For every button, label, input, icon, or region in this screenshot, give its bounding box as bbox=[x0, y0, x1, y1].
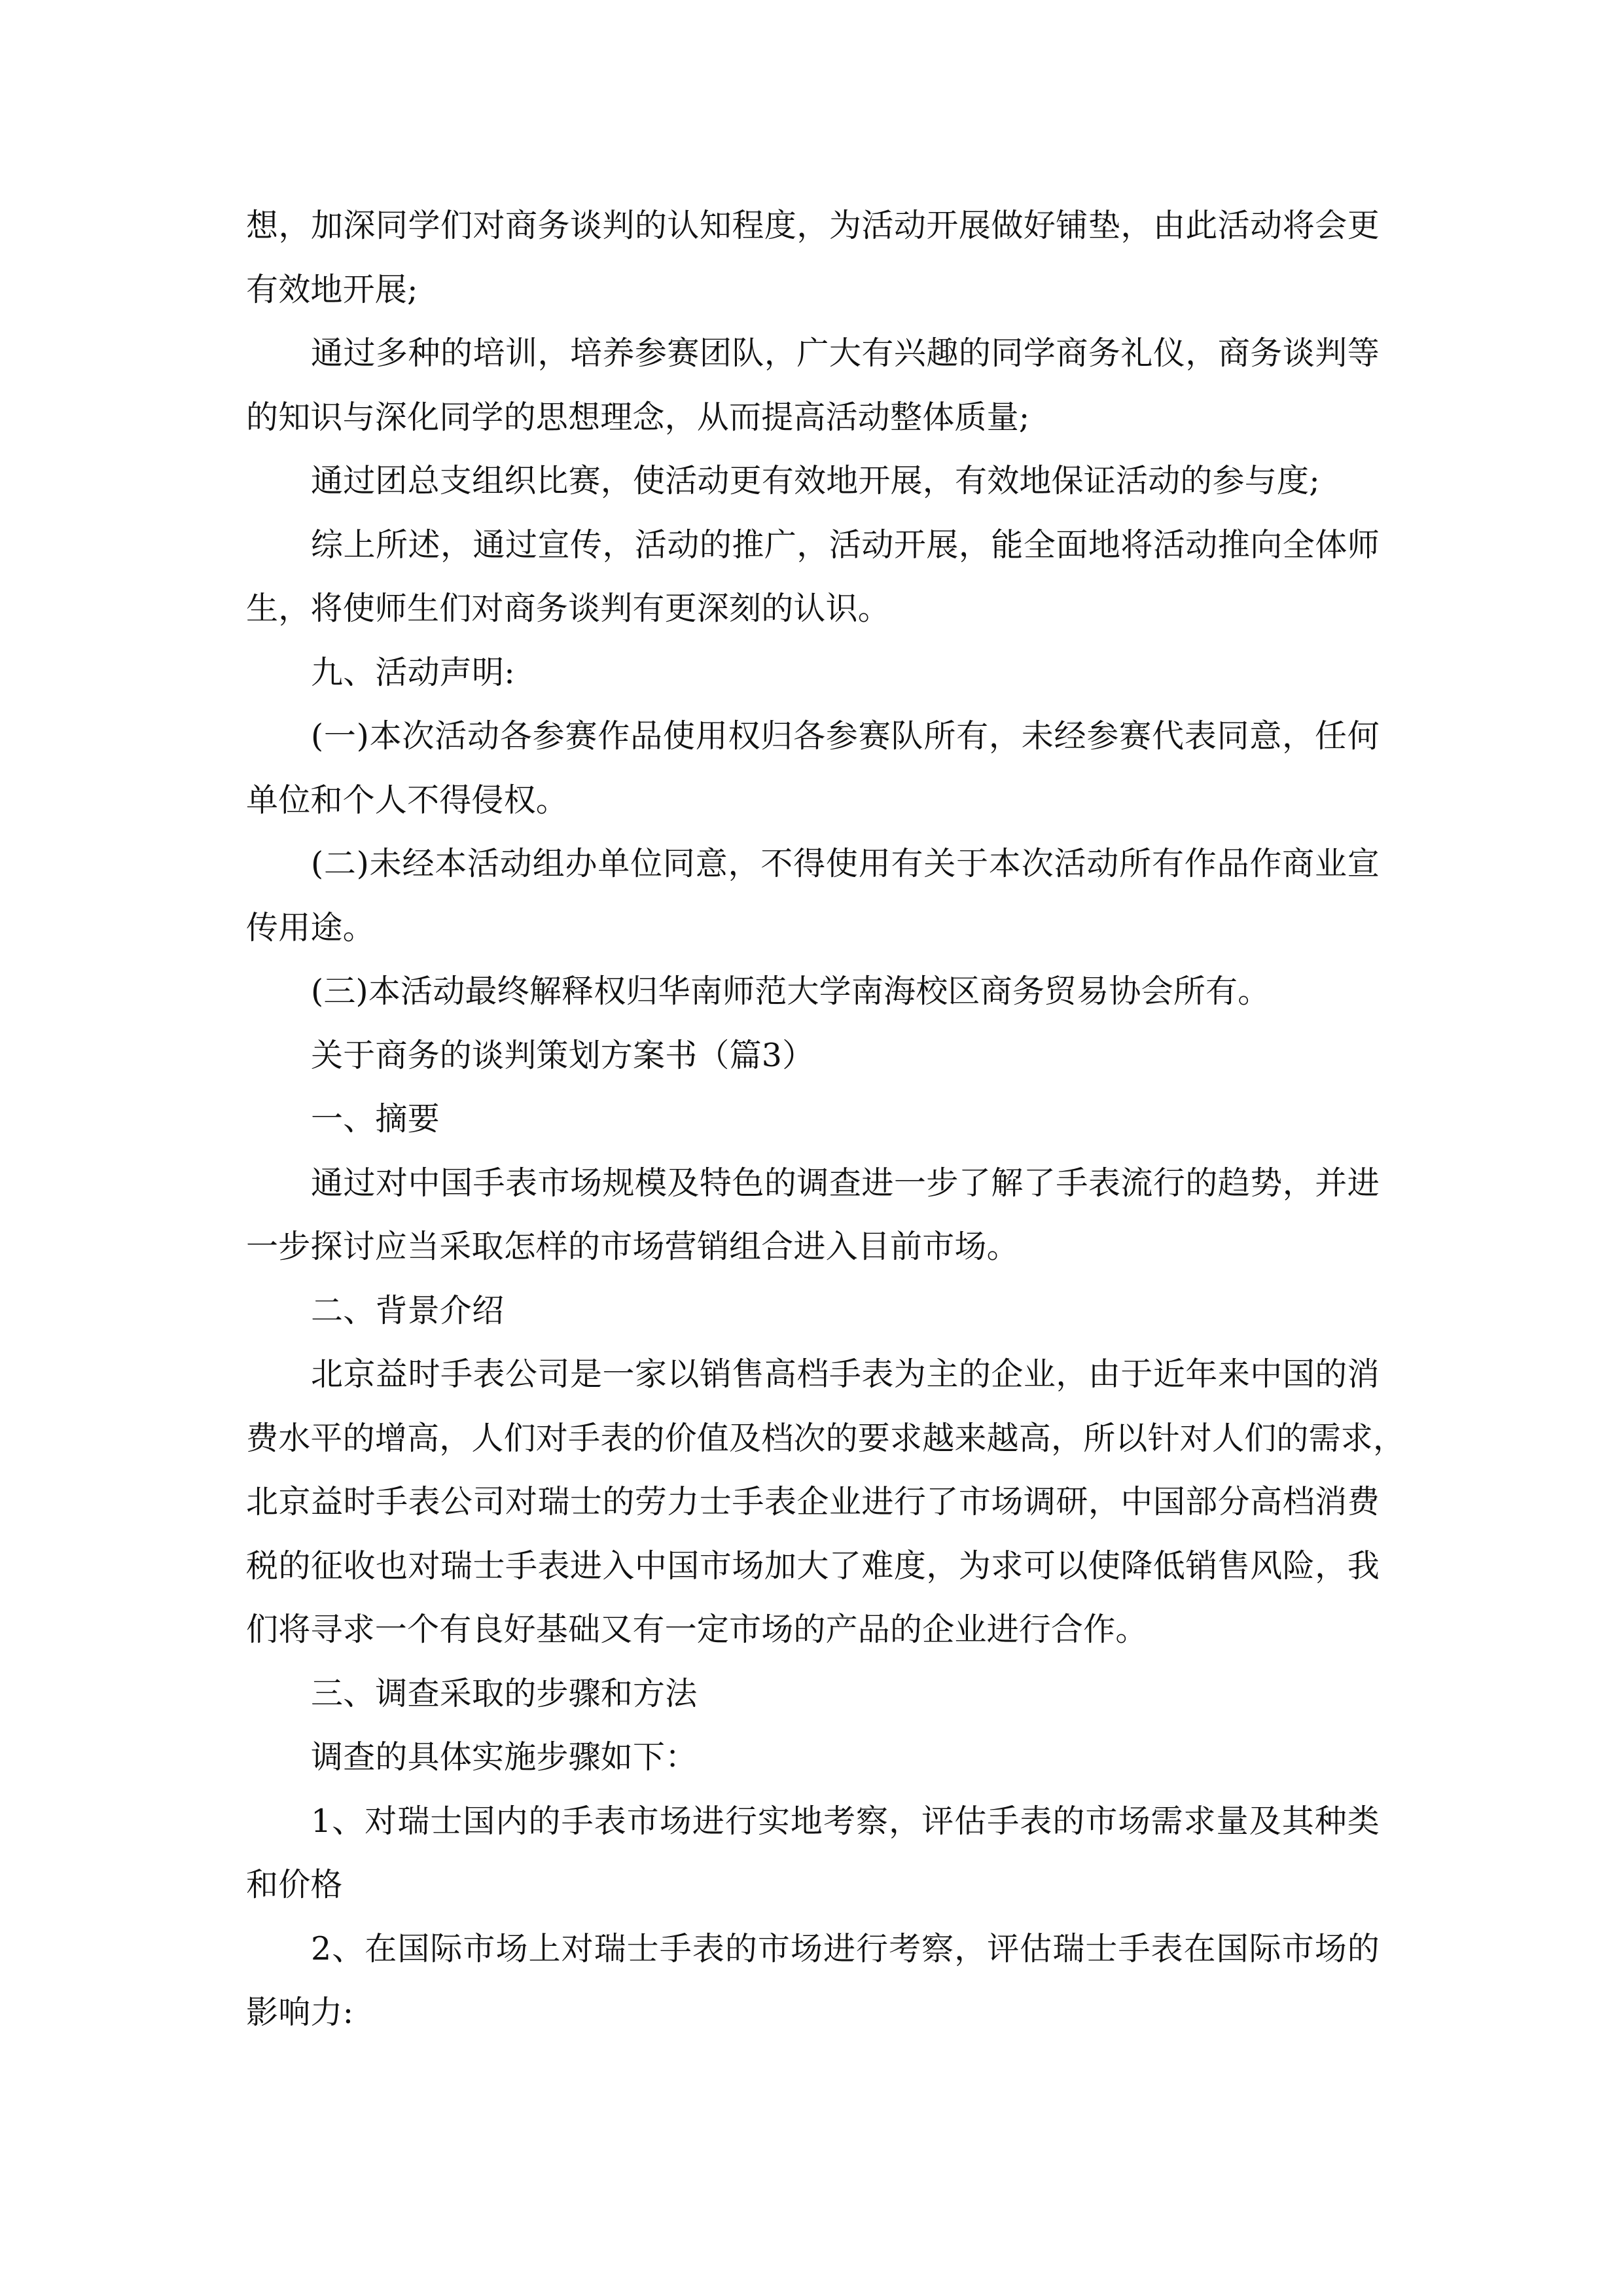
text-line: 一步探讨应当采取怎样的市场营销组合进入目前市场。 bbox=[246, 1215, 1380, 1279]
text-line: 通过团总支组织比赛，使活动更有效地开展，有效地保证活动的参与度; bbox=[246, 449, 1380, 513]
text-line: 通过多种的培训，培养参赛团队，广大有兴趣的同学商务礼仪，商务谈判等 bbox=[246, 321, 1380, 386]
text-line: (二)未经本活动组办单位同意，不得使用有关于本次活动所有作品作商业宣 bbox=[246, 832, 1380, 896]
text-line: 的知识与深化同学的思想理念，从而提高活动整体质量; bbox=[246, 386, 1380, 450]
text-line: 费水平的增高，人们对手表的价值及档次的要求越来越高，所以针对人们的需求， bbox=[246, 1407, 1380, 1471]
text-line: 调查的具体实施步骤如下： bbox=[246, 1725, 1380, 1789]
document-page: 想，加深同学们对商务谈判的认知程度，为活动开展做好铺垫，由此活动将会更 有效地开… bbox=[246, 194, 1380, 2045]
text-line: 传用途。 bbox=[246, 896, 1380, 960]
text-line: 和价格 bbox=[246, 1853, 1380, 1917]
text-line: 税的征收也对瑞士手表进入中国市场加大了难度，为求可以使降低销售风险，我 bbox=[246, 1534, 1380, 1598]
section-heading: 九、活动声明: bbox=[246, 641, 1380, 705]
text-line: 北京益时手表公司是一家以销售高档手表为主的企业，由于近年来中国的消 bbox=[246, 1342, 1380, 1407]
section-heading: 二、背景介绍 bbox=[246, 1279, 1380, 1343]
text-line: 有效地开展; bbox=[246, 258, 1380, 322]
document-title: 关于商务的谈判策划方案书（篇3） bbox=[246, 1024, 1380, 1088]
text-line: 生，将使师生们对商务谈判有更深刻的认识。 bbox=[246, 577, 1380, 641]
section-heading: 一、摘要 bbox=[246, 1087, 1380, 1151]
text-line: (三)本活动最终解释权归华南师范大学南海校区商务贸易协会所有。 bbox=[246, 960, 1380, 1024]
text-line: 通过对中国手表市场规模及特色的调查进一步了解了手表流行的趋势，并进 bbox=[246, 1151, 1380, 1215]
section-heading: 三、调查采取的步骤和方法 bbox=[246, 1662, 1380, 1726]
text-line: 影响力: bbox=[246, 1981, 1380, 2045]
text-line: 北京益时手表公司对瑞士的劳力士手表企业进行了市场调研，中国部分高档消费 bbox=[246, 1470, 1380, 1534]
text-line: (一)本次活动各参赛作品使用权归各参赛队所有，未经参赛代表同意，任何 bbox=[246, 704, 1380, 768]
text-line: 综上所述，通过宣传，活动的推广，活动开展，能全面地将活动推向全体师 bbox=[246, 513, 1380, 577]
list-item: 2、在国际市场上对瑞士手表的市场进行考察，评估瑞士手表在国际市场的 bbox=[246, 1917, 1380, 1981]
text-line: 们将寻求一个有良好基础又有一定市场的产品的企业进行合作。 bbox=[246, 1598, 1380, 1662]
list-item: 1、对瑞士国内的手表市场进行实地考察，评估手表的市场需求量及其种类 bbox=[246, 1789, 1380, 1854]
text-line: 单位和个人不得侵权。 bbox=[246, 768, 1380, 833]
text-line: 想，加深同学们对商务谈判的认知程度，为活动开展做好铺垫，由此活动将会更 bbox=[246, 194, 1380, 258]
